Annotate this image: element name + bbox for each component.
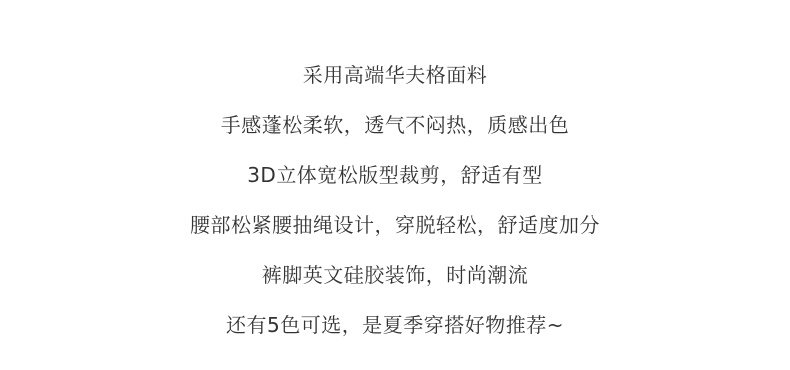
description-line-fabric: 采用高端华夫格面料 <box>0 62 790 88</box>
description-line-feel: 手感蓬松柔软，透气不闷热，质感出色 <box>0 112 790 138</box>
description-line-hem: 裤脚英文硅胶装饰，时尚潮流 <box>0 262 790 288</box>
description-line-waist: 腰部松紧腰抽绳设计，穿脱轻松，舒适度加分 <box>0 212 790 238</box>
description-line-colors: 还有5色可选，是夏季穿搭好物推荐~ <box>0 312 790 338</box>
description-line-cut: 3D立体宽松版型裁剪，舒适有型 <box>0 162 790 188</box>
